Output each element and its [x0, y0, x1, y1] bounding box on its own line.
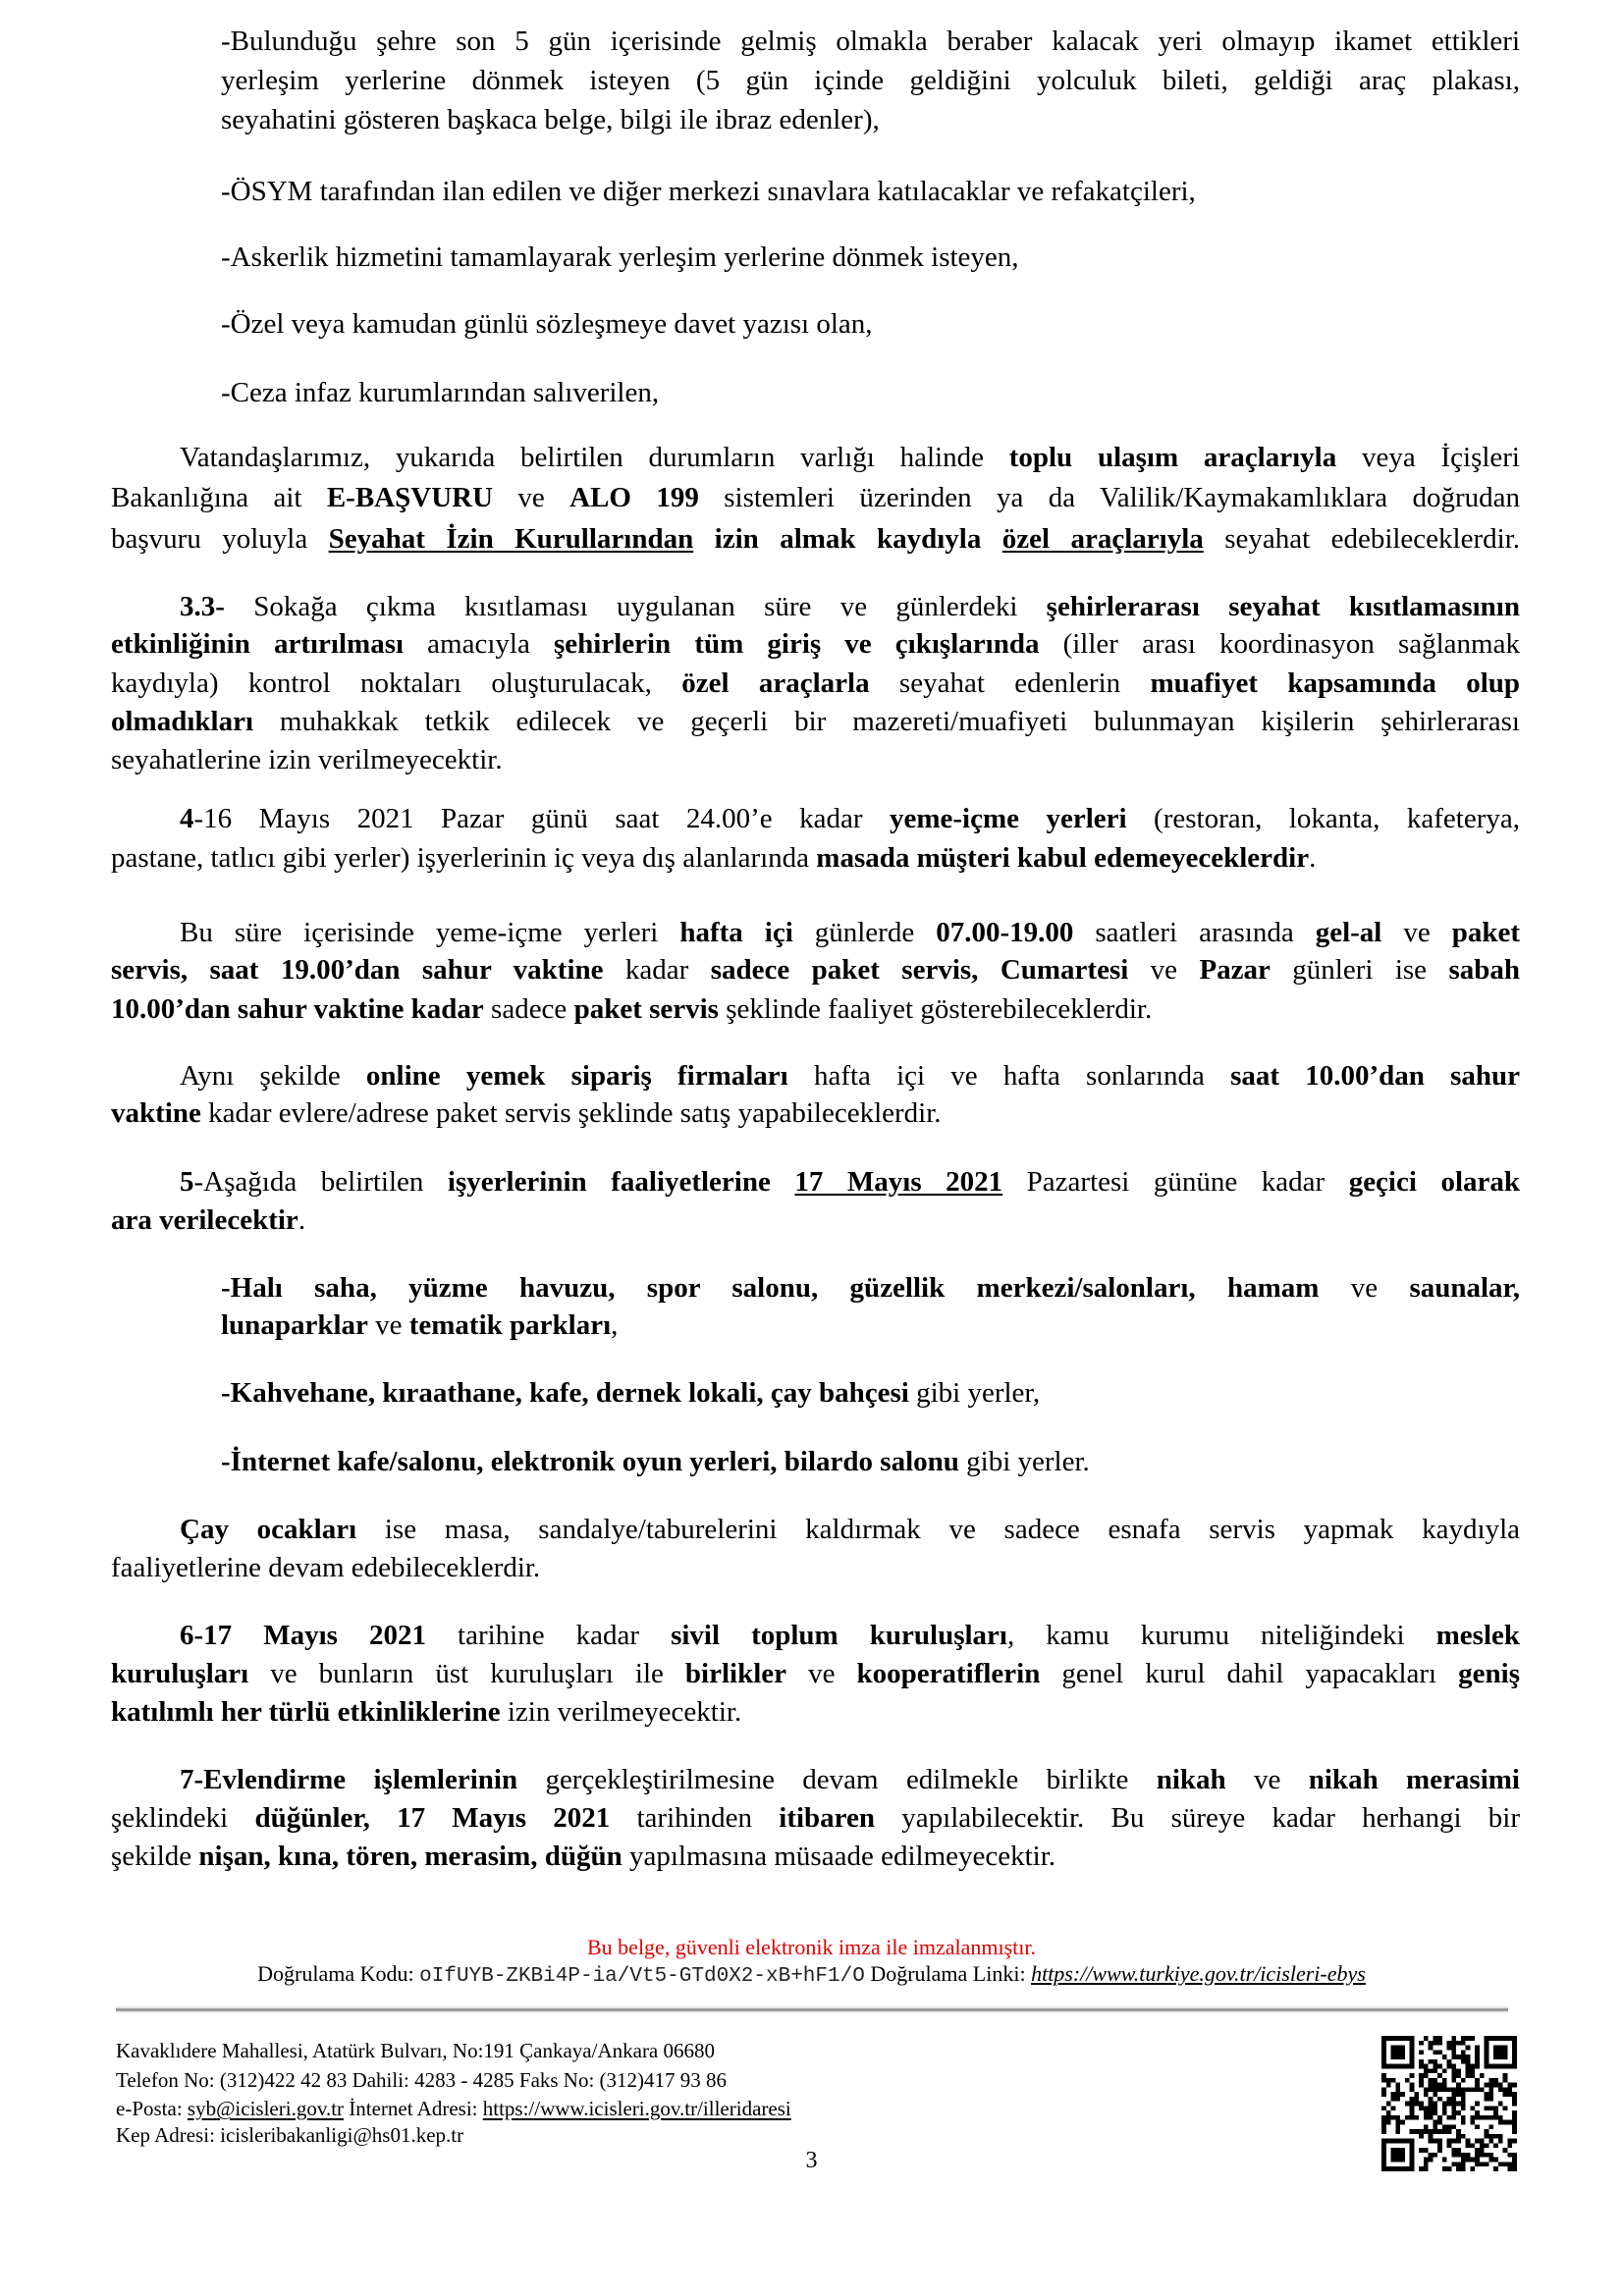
footer-phone: Telefon No: (312)422 42 83 Dahili: 4283 …: [116, 2066, 727, 2094]
e-signature-notice: Bu belge, güvenli elektronik imza ile im…: [0, 1934, 1623, 1961]
closed-business-item-sports-line2: lunaparklar ve tematik parkları,: [221, 1306, 618, 1345]
paragraph-7-line2: şeklindeki düğünler, 17 Mayıs 2021 tarih…: [111, 1798, 1520, 1838]
closed-business-item-sports: -Halı saha, yüzme havuzu, spor salonu, g…: [221, 1268, 1520, 1308]
paragraph-5-line2: ara verilecektir.: [111, 1201, 305, 1240]
exemption-item-military: -Askerlik hizmetini tamamlayarak yerleşi…: [221, 238, 1019, 277]
qr-code-icon: [1381, 2036, 1517, 2171]
exemption-item-contract: -Özel veya kamudan günlü sözleşmeye dave…: [221, 304, 873, 344]
paragraph-online-line2: vaktine kadar evlere/adrese paket servis…: [111, 1094, 942, 1133]
paragraph-3-3-line2: etkinliğinin artırılması amacıyla şehirl…: [111, 624, 1520, 664]
verification-code: oIfUYB-ZKBi4P-ia/Vt5-GTd0X2-xB+hF1/O: [419, 1965, 865, 1988]
paragraph-6-line1: 6-17 Mayıs 2021 tarihine kadar sivil top…: [180, 1616, 1520, 1655]
paragraph-citizens-line3: başvuru yoluyla Seyahat İzin Kurullarınd…: [111, 519, 1520, 559]
page-number: 3: [0, 2148, 1623, 2174]
verification-line: Doğrulama Kodu: oIfUYB-ZKBi4P-ia/Vt5-GTd…: [0, 1960, 1623, 1991]
footer-address: Kavaklıdere Mahallesi, Atatürk Bulvarı, …: [116, 2037, 715, 2064]
paragraph-3-3-line5: seyahatlerine izin verilmeyecektir.: [111, 740, 503, 779]
closed-business-item-internet: -İnternet kafe/salonu, elektronik oyun y…: [221, 1442, 1090, 1481]
footer-contact: e-Posta: syb@icisleri.gov.tr İnternet Ad…: [116, 2095, 791, 2122]
verification-link-label: Doğrulama Linki:: [865, 1961, 1031, 1986]
paragraph-5-line1: 5-Aşağıda belirtilen işyerlerinin faaliy…: [180, 1162, 1520, 1201]
paragraph-3-3-line4: olmadıkları muhakkak tetkik edilecek ve …: [111, 702, 1520, 741]
closed-business-item-cafes: -Kahvehane, kıraathane, kafe, dernek lok…: [221, 1373, 1040, 1413]
exemption-item-arrival-line2: yerleşim yerlerine dönmek isteyen (5 gün…: [221, 61, 1520, 100]
paragraph-4-line2: pastane, tatlıcı gibi yerler) işyerlerin…: [111, 838, 1316, 878]
paragraph-3-3-line3: kaydıyla) kontrol noktaları oluşturulaca…: [111, 664, 1520, 703]
paragraph-tea-line1: Çay ocakları ise masa, sandalye/taburele…: [180, 1510, 1520, 1549]
paragraph-tea-line2: faaliyetlerine devam edebileceklerdir.: [111, 1548, 540, 1587]
paragraph-citizens-line1: Vatandaşlarımız, yukarıda belirtilen dur…: [180, 438, 1520, 477]
verification-link[interactable]: https://www.turkiye.gov.tr/icisleri-ebys: [1031, 1961, 1366, 1986]
paragraph-takeaway-line3: 10.00’dan sahur vaktine kadar sadece pak…: [111, 989, 1152, 1029]
verification-code-label: Doğrulama Kodu:: [257, 1961, 419, 1986]
web-link[interactable]: https://www.icisleri.gov.tr/illeridaresi: [483, 2097, 791, 2120]
web-label: İnternet Adresi:: [344, 2097, 483, 2120]
paragraph-7-line1: 7-Evlendirme işlemlerinin gerçekleştiril…: [180, 1760, 1520, 1799]
paragraph-takeaway-line2: servis, saat 19.00’dan sahur vaktine kad…: [111, 950, 1520, 989]
email-link[interactable]: syb@icisleri.gov.tr: [188, 2097, 344, 2120]
exemption-item-arrival: -Bulunduğu şehre son 5 gün içerisinde ge…: [221, 22, 1520, 61]
footer-kep: Kep Adresi: icisleribakanligi@hs01.kep.t…: [116, 2121, 463, 2149]
paragraph-6-line2: kuruluşları ve bunların üst kuruluşları …: [111, 1654, 1520, 1693]
paragraph-3-3-line1: 3.3- Sokağa çıkma kısıtlaması uygulanan …: [180, 587, 1520, 626]
exemption-item-prison: -Ceza infaz kurumlarından salıverilen,: [221, 373, 659, 412]
paragraph-7-line3: şekilde nişan, kına, tören, merasim, düğ…: [111, 1837, 1055, 1876]
paragraph-citizens-line2: Bakanlığına ait E-BAŞVURU ve ALO 199 sis…: [111, 478, 1520, 517]
exemption-item-arrival-line3: seyahatini gösteren başkaca belge, bilgi…: [221, 100, 880, 139]
paragraph-online-line1: Aynı şekilde online yemek sipariş firmal…: [180, 1056, 1520, 1095]
exemption-item-osym: -ÖSYM tarafından ilan edilen ve diğer me…: [221, 172, 1196, 211]
paragraph-4-line1: 4-16 Mayıs 2021 Pazar günü saat 24.00’e …: [180, 799, 1520, 838]
paragraph-takeaway-line1: Bu süre içerisinde yeme-içme yerleri haf…: [180, 913, 1520, 952]
email-label: e-Posta:: [116, 2097, 188, 2120]
paragraph-6-line3: katılımlı her türlü etkinliklerine izin …: [111, 1692, 741, 1732]
footer-separator: [116, 2008, 1508, 2011]
